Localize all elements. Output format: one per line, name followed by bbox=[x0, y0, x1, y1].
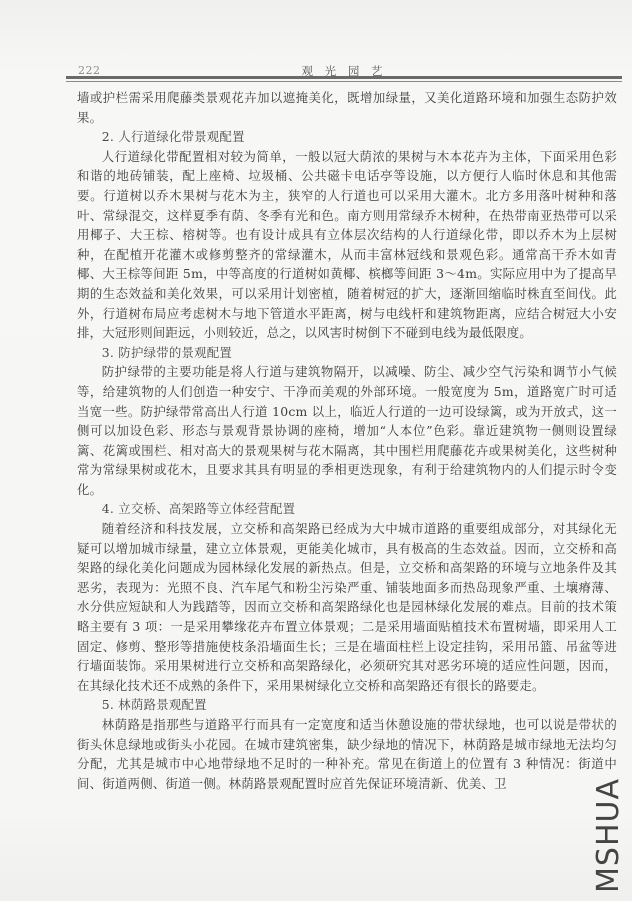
header-rule-thick bbox=[66, 76, 622, 79]
section-heading-5: 5. 林荫路景观配置 bbox=[77, 695, 617, 715]
body-text: 墙或护栏需采用爬藤类景观花卉加以遮掩美化，既增加绿量，又美化道路环境和加强生态防… bbox=[77, 88, 617, 793]
header-rule-thin bbox=[66, 81, 622, 82]
watermark-text: MSHUA bbox=[591, 778, 626, 893]
paragraph-continuation: 墙或护栏需采用爬藤类景观花卉加以遮掩美化，既增加绿量，又美化道路环境和加强生态防… bbox=[77, 88, 617, 127]
section-heading-2: 2. 人行道绿化带景观配置 bbox=[77, 127, 617, 147]
section-heading-3: 3. 防护绿带的景观配置 bbox=[77, 343, 617, 363]
paragraph: 林荫路是指那些与道路平行而具有一定宽度和适当休憩设施的带状绿地，也可以说是带状的… bbox=[77, 715, 617, 793]
scanned-book-page: 222 观 光 园 艺 墙或护栏需采用爬藤类景观花卉加以遮掩美化，既增加绿量，又… bbox=[0, 0, 632, 901]
section-heading-4: 4. 立交桥、高架路等立体经营配置 bbox=[77, 499, 617, 519]
paragraph: 随着经济和科技发展，立交桥和高架路已经成为大中城市道路的重要组成部分，对其绿化无… bbox=[77, 519, 617, 695]
paragraph: 人行道绿化带配置相对较为简单，一般以冠大荫浓的果树与木本花卉为主体，下面采用色彩… bbox=[77, 147, 617, 343]
paragraph: 防护绿带的主要功能是将人行道与建筑物隔开，以减噪、防尘、减少空气污染和调节小气候… bbox=[77, 362, 617, 499]
watermark: MSHUA bbox=[588, 780, 628, 890]
